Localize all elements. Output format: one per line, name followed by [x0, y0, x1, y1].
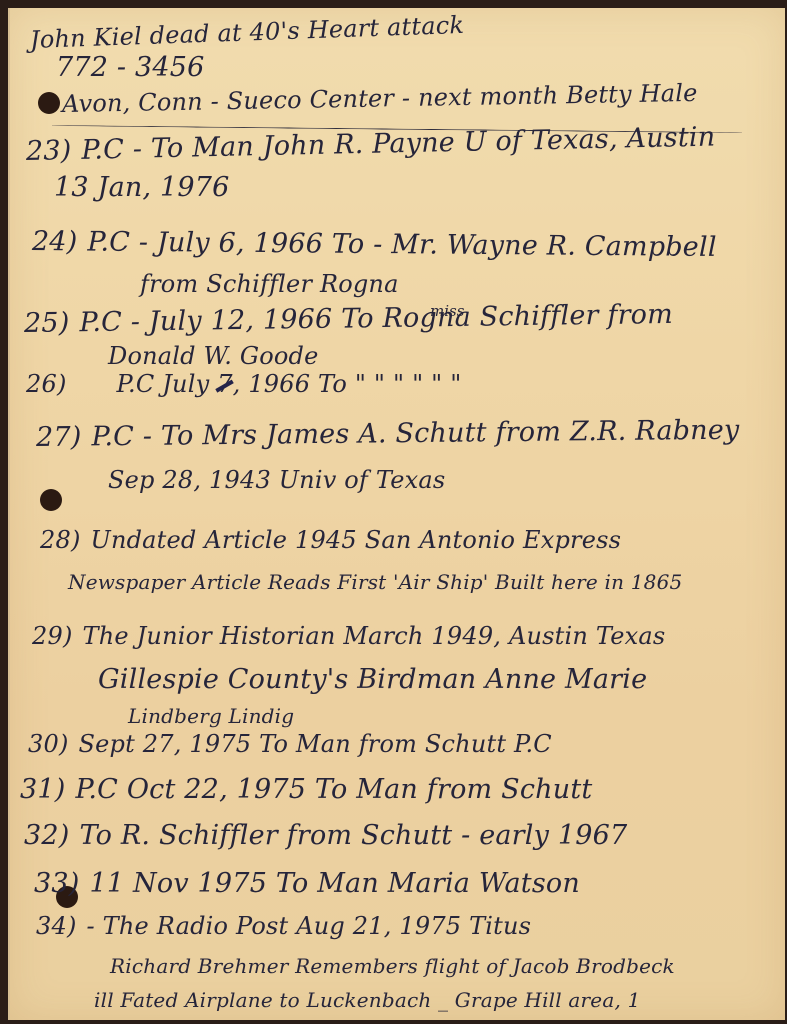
entry-34-line-2: Richard Brehmer Remembers flight of Jaco…	[110, 954, 675, 978]
entry-number: 27)	[36, 422, 82, 453]
entry-23-line-1: 23)P.C - To Man John R. Payne U of Texas…	[26, 122, 716, 167]
document-page: John Kiel dead at 40's Heart attack 772 …	[8, 8, 785, 1020]
entry-34-line-1: 34)- The Radio Post Aug 21, 1975 Titus	[36, 912, 531, 940]
entry-27-line-1: 27)P.C - To Mrs James A. Schutt from Z.R…	[36, 415, 740, 453]
entry-text: Sept 27, 1975 To Man from Schutt P.C	[79, 730, 552, 758]
entry-29-line-2: Gillespie County's Birdman Anne Marie	[98, 664, 647, 695]
entry-33-line-1: 33)11 Nov 1975 To Man Maria Watson	[34, 868, 580, 899]
entry-number: 25)	[24, 307, 70, 339]
entry-text: P.C - To Man John R. Payne U of Texas, A…	[81, 122, 715, 166]
struck-out-date: 7	[217, 370, 232, 398]
entry-24-line-1: 24)P.C - July 6, 1966 To - Mr. Wayne R. …	[32, 226, 717, 263]
entry-number: 34)	[36, 912, 77, 940]
entry-29-line-3: Lindberg Lindig	[128, 704, 294, 728]
entry-34-line-3: ill Fated Airplane to Luckenbach _ Grape…	[94, 988, 641, 1012]
entry-number: 26)	[26, 370, 67, 398]
entry-number: 29)	[32, 622, 73, 650]
entry-32-line-1: 32)To R. Schiffler from Schutt - early 1…	[24, 820, 627, 851]
entry-text: Undated Article 1945 San Antonio Express	[91, 526, 622, 554]
punch-hole-top	[38, 92, 60, 114]
entry-text: To R. Schiffler from Schutt - early 1967	[80, 820, 628, 851]
entry-30-line-1: 30)Sept 27, 1975 To Man from Schutt P.C	[28, 730, 552, 758]
entry-text: 11 Nov 1975 To Man Maria Watson	[90, 868, 580, 899]
entry-28-line-2: Newspaper Article Reads First 'Air Ship'…	[68, 570, 682, 594]
entry-number: 24)	[32, 226, 78, 257]
entry-number: 23)	[26, 135, 72, 167]
entry-number: 28)	[40, 526, 81, 554]
entry-text: P.C July	[117, 370, 210, 398]
punch-hole-middle	[40, 489, 62, 511]
entry-number: 32)	[24, 820, 70, 851]
entry-29-line-1: 29)The Junior Historian March 1949, Aust…	[32, 622, 665, 650]
entry-text: P.C - To Mrs James A. Schutt from Z.R. R…	[91, 415, 739, 453]
entry-27-line-2: Sep 28, 1943 Univ of Texas	[108, 466, 445, 494]
entry-24-line-2: from Schiffler Rogna	[140, 270, 399, 298]
entry-31-line-1: 31)P.C Oct 22, 1975 To Man from Schutt	[20, 774, 592, 805]
entry-23-line-2: 13 Jan, 1976	[54, 172, 230, 203]
entry-number: 33)	[34, 868, 80, 899]
header-note-3: Avon, Conn - Sueco Center - next month B…	[62, 79, 698, 118]
entry-26-line-1: 26)P.C July 7, 1966 To " " " " " "	[26, 370, 461, 398]
header-note-1: John Kiel dead at 40's Heart attack	[30, 11, 465, 54]
entry-text-cont: , 1966 To " " " " " "	[233, 370, 462, 398]
entry-28-line-1: 28)Undated Article 1945 San Antonio Expr…	[40, 526, 621, 554]
entry-25-line-2: Donald W. Goode	[108, 342, 319, 370]
entry-text: The Junior Historian March 1949, Austin …	[83, 622, 666, 650]
entry-number: 31)	[20, 774, 66, 805]
entry-text: P.C Oct 22, 1975 To Man from Schutt	[76, 774, 593, 805]
entry-number: 30)	[28, 730, 69, 758]
entry-text: P.C - July 12, 1966 To Rogna Schiffler f…	[79, 299, 673, 338]
entry-text: P.C - July 6, 1966 To - Mr. Wayne R. Cam…	[87, 226, 716, 262]
entry-text: - The Radio Post Aug 21, 1975 Titus	[87, 912, 532, 940]
entry-25-line-1: 25)P.C - July 12, 1966 To Rogna Schiffle…	[24, 299, 673, 339]
header-note-phone: 772 - 3456	[56, 52, 205, 83]
